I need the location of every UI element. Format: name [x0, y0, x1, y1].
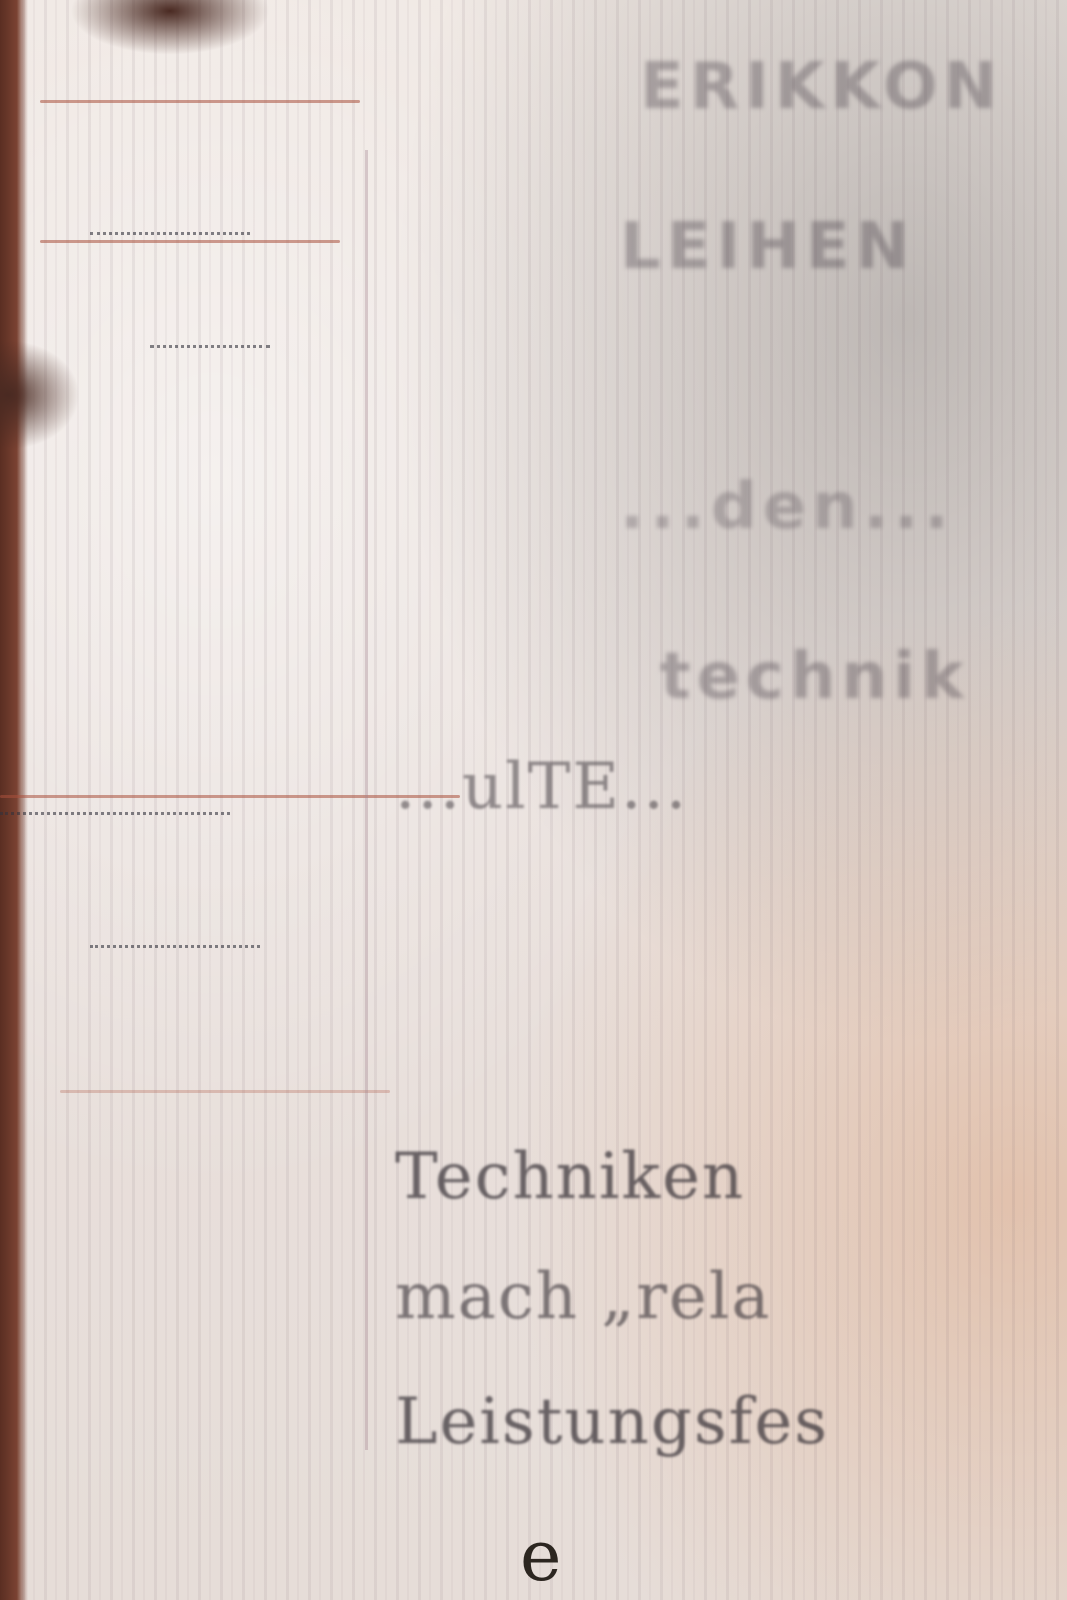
rust-line [60, 1090, 390, 1093]
ink-mark [150, 345, 270, 353]
stain [0, 340, 80, 450]
printed-line: ...ulTE... [395, 750, 688, 824]
faded-text: technik [660, 640, 970, 714]
printed-line: Techniken [395, 1140, 745, 1214]
stain [70, 0, 270, 55]
printed-letter: e [520, 1515, 561, 1597]
ink-mark [0, 812, 230, 820]
fold-line [365, 150, 368, 1450]
faded-text: ...den... [620, 470, 955, 544]
ink-mark [90, 945, 260, 953]
printed-line: mach „rela [395, 1260, 772, 1334]
ink-mark [90, 232, 250, 240]
rust-line [0, 795, 460, 798]
torn-edge [0, 0, 28, 1600]
faded-text: LEIHEN [620, 210, 915, 284]
rust-line [40, 100, 360, 103]
rust-line [40, 240, 340, 243]
printed-line: Leistungsfes [395, 1385, 829, 1459]
faded-text: ERIKKON [640, 50, 1003, 124]
